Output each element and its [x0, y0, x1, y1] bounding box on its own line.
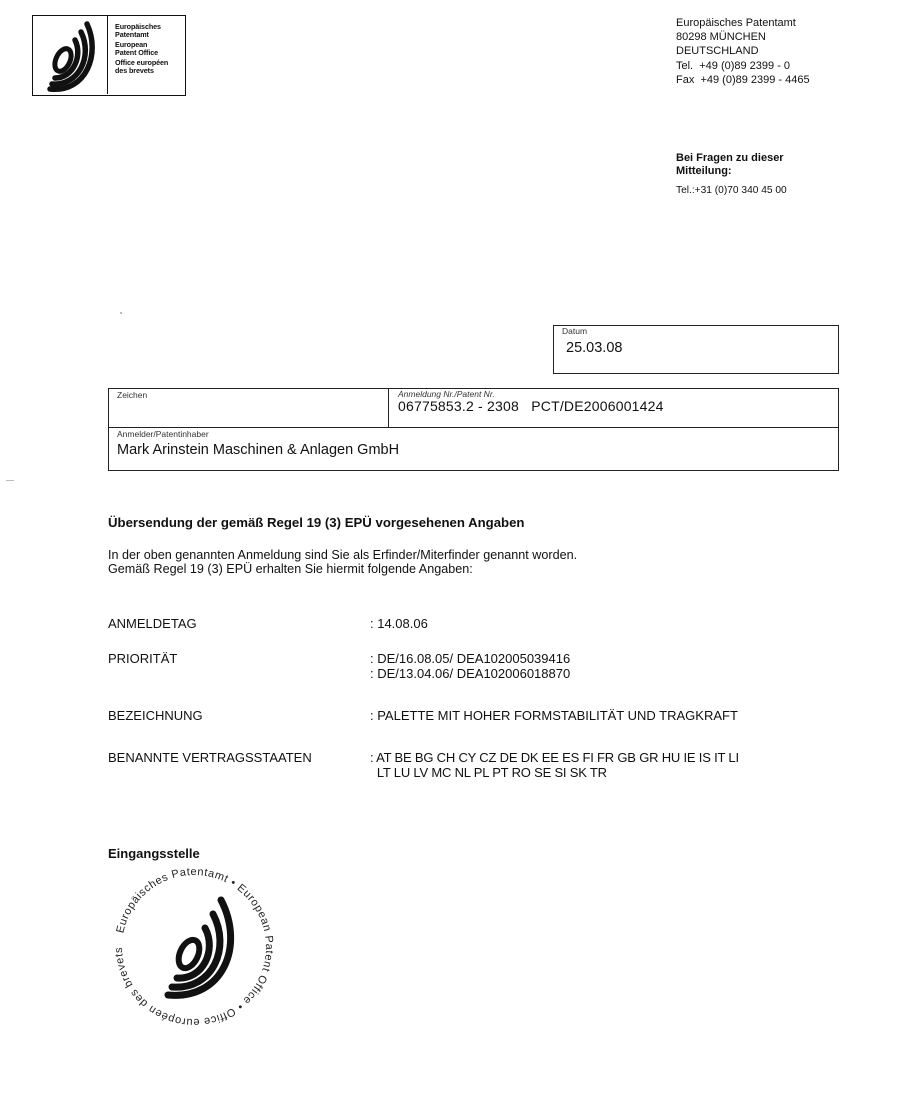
- detail-label-filing-date: ANMELDETAG: [108, 616, 197, 631]
- table-divider: [388, 389, 389, 427]
- logo-line: des brevets: [115, 67, 168, 75]
- detail-value-title: : PALETTE MIT HOHER FORMSTABILITÄT UND T…: [370, 708, 738, 723]
- letter-intro: In der oben genannten Anmeldung sind Sie…: [108, 549, 577, 576]
- address-line: Europäisches Patentamt: [676, 16, 810, 30]
- epo-logo: EuropäischesPatentamt EuropeanPatent Off…: [32, 15, 186, 96]
- epo-logo-icon: [33, 16, 108, 94]
- address-line: 80298 MÜNCHEN: [676, 30, 810, 44]
- address-line: DEUTSCHLAND: [676, 44, 810, 58]
- detail-value-line: : PALETTE MIT HOHER FORMSTABILITÄT UND T…: [370, 708, 738, 723]
- detail-value-line: : AT BE BG CH CY CZ DE DK EE ES FI FR GB…: [370, 750, 739, 765]
- date-value: 25.03.08: [566, 340, 622, 356]
- detail-label-title: BEZEICHNUNG: [108, 708, 203, 723]
- table-divider: [109, 427, 838, 428]
- detail-value-line: LT LU LV MC NL PL PT RO SE SI SK TR: [370, 765, 739, 780]
- address-phone: Tel. +49 (0)89 2399 - 0: [676, 59, 810, 73]
- applicant-label: Anmelder/Patentinhaber: [117, 429, 209, 439]
- date-box: Datum 25.03.08: [553, 325, 839, 374]
- sender-address: Europäisches Patentamt 80298 MÜNCHEN DEU…: [676, 16, 810, 87]
- letter-subject: Übersendung der gemäß Regel 19 (3) EPÜ v…: [108, 515, 524, 530]
- reference-sign-label: Zeichen: [117, 390, 147, 400]
- applicant-value: Mark Arinstein Maschinen & Anlagen GmbH: [117, 442, 399, 458]
- contact-heading: Bei Fragen zu dieser Mitteilung:: [676, 152, 826, 177]
- epo-logo-text: EuropäischesPatentamt EuropeanPatent Off…: [115, 23, 168, 77]
- reference-table: Zeichen Anmeldung Nr./Patent Nr. 0677585…: [108, 388, 839, 471]
- date-label: Datum: [562, 326, 587, 336]
- application-number-value: 06775853.2 - 2308 PCT/DE2006001424: [398, 398, 664, 414]
- detail-value-priority: : DE/16.08.05/ DEA102005039416 : DE/13.0…: [370, 651, 570, 681]
- logo-line: Patent Office: [115, 49, 168, 57]
- contact-phone: Tel.:+31 (0)70 340 45 00: [676, 185, 787, 196]
- detail-label-designated-states: BENANNTE VERTRAGSSTAATEN: [108, 750, 312, 765]
- scan-speck: [6, 480, 14, 481]
- epo-seal-icon: Europäisches Patentamt • European Patent…: [103, 856, 285, 1038]
- detail-label-priority: PRIORITÄT: [108, 651, 177, 666]
- intro-line: Gemäß Regel 19 (3) EPÜ erhalten Sie hier…: [108, 563, 577, 577]
- detail-value-filing-date: : 14.08.06: [370, 616, 428, 631]
- address-fax: Fax +49 (0)89 2399 - 4465: [676, 73, 810, 87]
- detail-value-line: : 14.08.06: [370, 616, 428, 631]
- detail-value-line: : DE/13.04.06/ DEA102006018870: [370, 666, 570, 681]
- detail-value-line: : DE/16.08.05/ DEA102005039416: [370, 651, 570, 666]
- intro-line: In der oben genannten Anmeldung sind Sie…: [108, 549, 577, 563]
- detail-value-designated-states: : AT BE BG CH CY CZ DE DK EE ES FI FR GB…: [370, 750, 739, 780]
- logo-line: Patentamt: [115, 31, 168, 39]
- scan-speck: [120, 312, 122, 314]
